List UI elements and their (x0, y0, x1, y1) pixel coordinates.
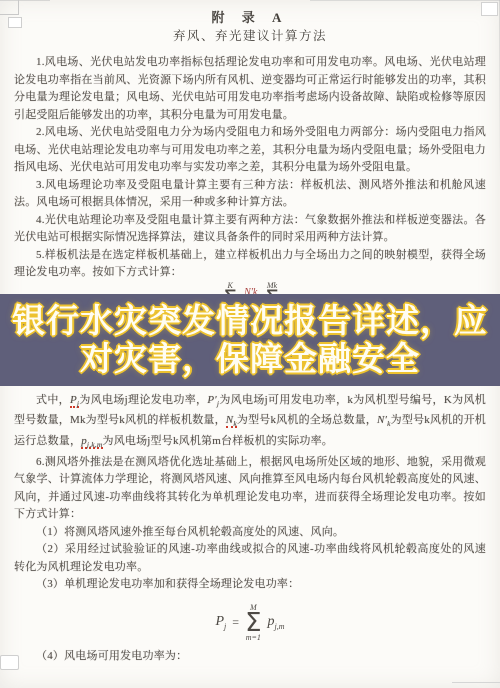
list-item-3: （3）单机理论发电功率加和获得全场理论发电功率： (14, 576, 486, 594)
headline-banner: P′j = Σ 银行水灾突发情况报告详述，应 对灾害，保障金融安全 (0, 294, 500, 386)
term-running-turbines: N′k (377, 414, 391, 426)
paragraph-6: 6.测风塔外推法是在测风塔优化选址基础上，根据风电场所处区域的地形、地貌，采用微… (14, 454, 486, 524)
paragraph-3: 3.风电场理论功率及受阻电量计算主要有三种方法：样板机法、测风塔外推法和机舱风速… (14, 177, 486, 212)
term-total-turbines: Nk (226, 414, 237, 428)
page-corner-mark (8, 17, 22, 28)
term-sample-power: pj,k,m (81, 435, 102, 449)
page-corner-mark (0, 14, 19, 15)
headline-line-2: 对灾害，保障金融安全 (0, 340, 500, 378)
list-item-2: （2）采用经过试验验证的风速-功率曲线或拟合的风速-功率曲线将风机轮毂高度处的风… (14, 541, 486, 576)
paragraph-1: 1.风电场、光伏电站发电功率指标包括理论发电功率和可用发电功率。风电场、光伏电站… (14, 54, 486, 124)
page-top-edge-line (0, 0, 500, 1)
total-theoretical-power-formula: Pj = M Σ m=1 pj,m (14, 601, 486, 645)
appendix-subtitle: 弃风、弃光建议计算方法 (14, 27, 486, 45)
paragraph-2: 2.风电场、光伏电站受阻电力分为场内受阻电力和场外受阻电力两部分：场内受阻电力指… (14, 124, 486, 177)
appendix-title: 附 录 A (14, 8, 486, 27)
sigma-icon: Σ (245, 612, 261, 634)
page-corner-mark (481, 2, 498, 16)
list-item-1: （1）将测风塔风速外推至每台风机轮毂高度处的风速、风向。 (14, 524, 486, 542)
paragraph-5: 5.样板机法是在选定样板机基础上，建立样板机出力与全场出力之间的映射模型，获得全… (14, 247, 486, 282)
formula-variable-definitions: 式中，Pj为风电场j理论发电功率，P′j为风电场j可用发电功率，k为风机型号编号… (14, 392, 486, 454)
page-corner-mark (0, 655, 19, 670)
term-available-power: P′j (207, 394, 219, 406)
paragraph-4: 4.光伏电站理论功率及受阻电量计算主要有两种方法：气象数据外推法和样板逆变器法。… (14, 212, 486, 247)
page-corner-mark (18, 0, 19, 14)
headline-line-1: 银行水灾突发情况报告详述，应 (0, 302, 500, 340)
document-header: 附 录 A 弃风、弃光建议计算方法 (14, 8, 486, 45)
list-item-4: （4）风电场可用发电功率为： (14, 648, 486, 666)
scanned-document-page: 附 录 A 弃风、弃光建议计算方法 1.风电场、光伏电站发电功率指标包括理论发电… (0, 0, 500, 688)
sample-turbine-formula: P′j = K Σ k=1 N′k Mk Mk Σ m=1 pj,k,m (193, 282, 306, 294)
page-bottom-edge-line (452, 682, 500, 683)
term-theoretical-power: Pj (70, 394, 79, 408)
clipped-formula-region: P′j = K Σ k=1 N′k Mk Mk Σ m=1 pj,k,m (14, 282, 486, 294)
